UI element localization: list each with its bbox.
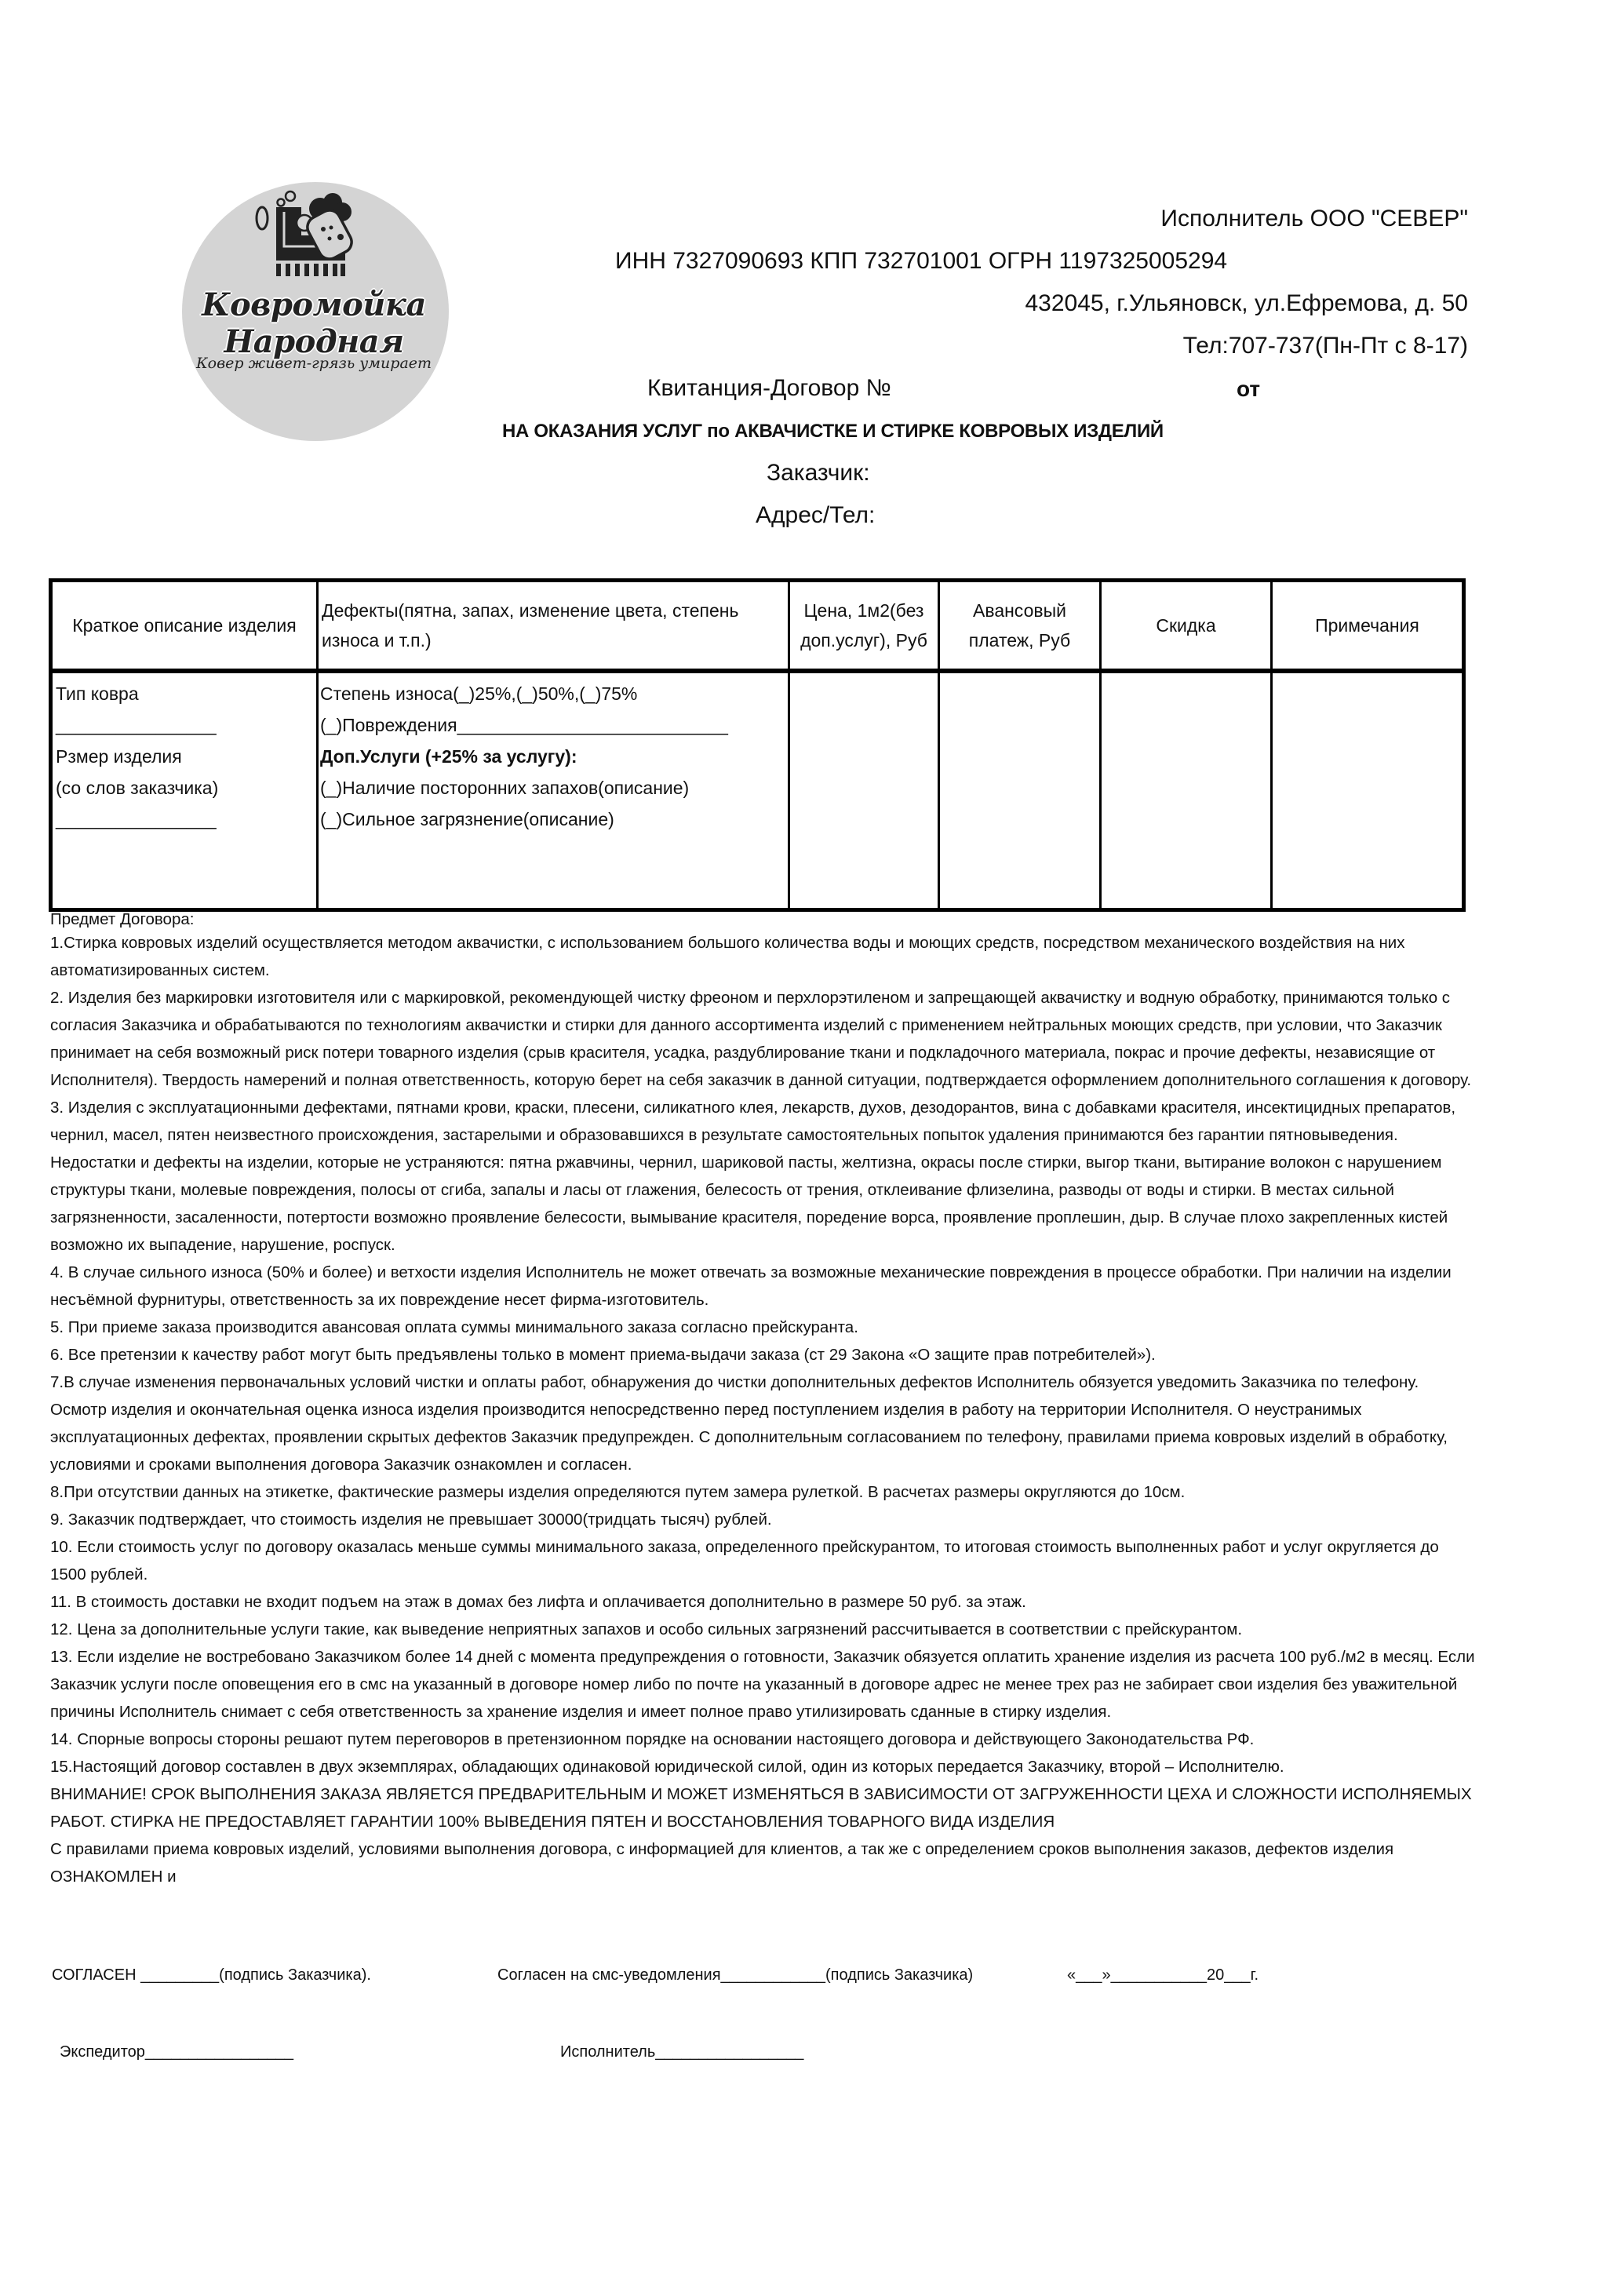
extra-services-title: Доп.Услуги (+25% за услугу):: [320, 741, 728, 772]
acknowledgement: С правилами приема ковровых изделий, усл…: [50, 1835, 1478, 1890]
damage-field[interactable]: (_)Повреждения__________________________…: [320, 709, 728, 741]
company-registration-ids: ИНН 7327090693 КПП 732701001 ОГРН 119732…: [615, 248, 1227, 275]
clause-1: 1.Стирка ковровых изделий осуществляется…: [50, 929, 1478, 984]
executor-signature[interactable]: Исполнитель_________________: [560, 2043, 803, 2061]
column-header-discount: Скидка: [1102, 582, 1270, 669]
contract-terms: Предмет Договора: 1.Стирка ковровых изде…: [50, 910, 1478, 1890]
sms-consent-signature[interactable]: Согласен на смс-уведомления____________(…: [497, 1966, 973, 1984]
carpet-type-label: Тип ковра: [56, 678, 218, 709]
brand-name: Ковромойка Народная: [118, 286, 510, 360]
heavy-dirt-option[interactable]: (_)Сильное загрязнение(описание): [320, 804, 728, 835]
odor-option[interactable]: (_)Наличие посторонних запахов(описание): [320, 772, 728, 804]
defects-cell[interactable]: Степень износа(_)25%,(_)50%,(_)75% (_)По…: [320, 678, 728, 835]
clause-12: 12. Цена за дополнительные услуги такие,…: [50, 1616, 1478, 1643]
carpet-sponge-icon: [253, 188, 362, 282]
customer-label: Заказчик:: [767, 460, 870, 487]
clause-11: 11. В стоимость доставки не входит подъе…: [50, 1588, 1478, 1616]
company-phone: Тел:707-737(Пн-Пт с 8-17): [1183, 333, 1468, 359]
description-cell[interactable]: Тип ковра ________________ Рзмер изделия…: [56, 678, 218, 835]
executor-name: Исполнитель ООО "СЕВЕР": [1160, 206, 1468, 232]
column-header-defects: Дефекты(пятна, запах, изменение цвета, с…: [319, 582, 788, 669]
clause-2: 2. Изделия без маркировки изготовителя и…: [50, 984, 1478, 1094]
clause-9: 9. Заказчик подтверждает, что стоимость …: [50, 1506, 1478, 1533]
wear-degree-options[interactable]: Степень износа(_)25%,(_)50%,(_)75%: [320, 678, 728, 709]
forwarder-signature[interactable]: Экспедитор_________________: [60, 2043, 293, 2061]
signature-date-field[interactable]: «___»___________20___г.: [1067, 1966, 1259, 1984]
document-subtitle: НА ОКАЗАНИЯ УСЛУГ по АКВАЧИСТКЕ И СТИРКЕ…: [502, 421, 1164, 443]
header-divider: [53, 669, 1462, 673]
clause-13: 13. Если изделие не востребовано Заказчи…: [50, 1643, 1478, 1726]
clause-5: 5. При приеме заказа производится авансо…: [50, 1314, 1478, 1341]
brand-slogan: Ковер живет-грязь умирает: [118, 355, 510, 372]
clause-7: 7.В случае изменения первоначальных усло…: [50, 1368, 1478, 1478]
clause-4: 4. В случае сильного износа (50% и более…: [50, 1259, 1478, 1314]
company-address: 432045, г.Ульяновск, ул.Ефремова, д. 50: [1025, 290, 1468, 317]
column-header-notes: Примечания: [1273, 582, 1462, 669]
clause-15: 15.Настоящий договор составлен в двух эк…: [50, 1753, 1478, 1780]
terms-heading: Предмет Договора:: [50, 910, 1478, 929]
warning-notice: ВНИМАНИЕ! СРОК ВЫПОЛНЕНИЯ ЗАКАЗА ЯВЛЯЕТС…: [50, 1780, 1478, 1835]
column-header-price: Цена, 1м2(без доп.услуг), Руб: [790, 582, 938, 669]
customer-address-phone-label: Адрес/Тел:: [756, 502, 875, 529]
clause-14: 14. Спорные вопросы стороны решают путем…: [50, 1726, 1478, 1753]
size-field[interactable]: ________________: [56, 804, 218, 835]
receipt-title: Квитанция-Договор №: [647, 375, 891, 402]
column-header-advance: Авансовый платеж, Руб: [940, 582, 1099, 669]
carpet-type-field[interactable]: ________________: [56, 709, 218, 741]
size-label: Рзмер изделия: [56, 741, 218, 772]
customer-agreement-signature[interactable]: СОГЛАСЕН _________(подпись Заказчика).: [52, 1966, 371, 1984]
clause-10: 10. Если стоимость услуг по договору ока…: [50, 1533, 1478, 1588]
order-items-table: Краткое описание изделия Дефекты(пятна, …: [49, 578, 1466, 912]
clause-6: 6. Все претензии к качеству работ могут …: [50, 1341, 1478, 1368]
clause-3: 3. Изделия с эксплуатационными дефектами…: [50, 1094, 1478, 1259]
receipt-date-label: от: [1237, 377, 1260, 402]
column-header-description: Краткое описание изделия: [53, 582, 316, 669]
clause-8: 8.При отсутствии данных на этикетке, фак…: [50, 1478, 1478, 1506]
size-note: (со слов заказчика): [56, 772, 218, 804]
